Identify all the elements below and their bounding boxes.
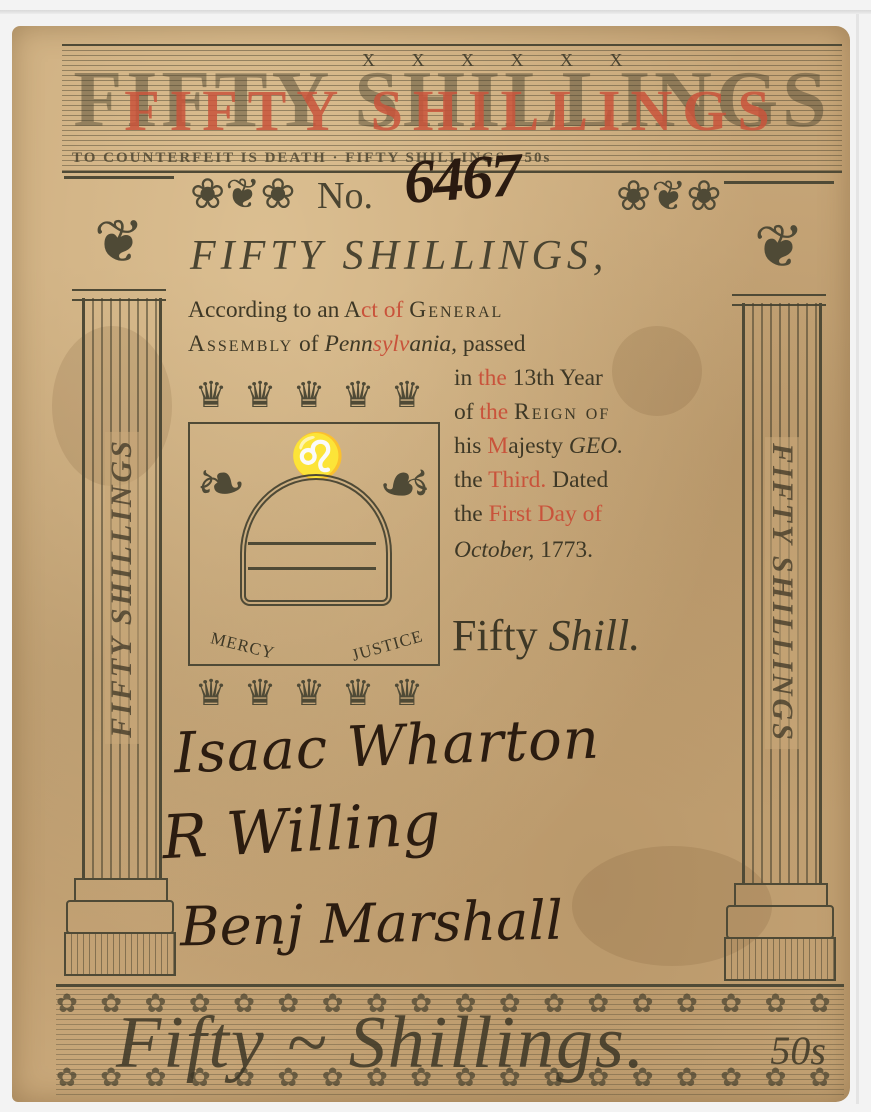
crown-icon: ♛ — [286, 674, 332, 712]
crown-icon: ♛ — [384, 674, 430, 712]
scroll-ornament-icon: ❀❦❀ — [616, 176, 722, 218]
serial-label: No. — [317, 174, 373, 218]
acanthus-leaf-icon: ❦ — [74, 197, 164, 287]
bottom-script-text: Fifty ~ Shillings. — [116, 1001, 646, 1086]
corinthian-capital: ❦ — [724, 181, 834, 304]
right-column: ❦ FIFTY SHILLINGS — [724, 181, 834, 981]
fifty-shillings-closing: Fifty Shill. — [452, 610, 640, 661]
serial-number: 6467 — [402, 140, 523, 219]
banner-red-overprint: FIFTY SHILLINGS — [62, 82, 842, 140]
column-text: FIFTY SHILLINGS — [105, 432, 139, 744]
crown-icon: ♛ — [237, 376, 283, 414]
crown-icon: ♛ — [237, 674, 283, 712]
shield-band — [248, 542, 376, 570]
crown-icon: ♛ — [188, 674, 234, 712]
crown-row-bottom: ♛ ♛ ♛ ♛ ♛ — [188, 674, 430, 712]
left-column: ❦ FIFTY SHILLINGS — [64, 176, 174, 976]
act-text-line-1: According to an Act of General — [188, 294, 503, 328]
signature-2: R Willing — [160, 789, 442, 873]
column-base — [64, 878, 174, 976]
column-shaft: FIFTY SHILLINGS — [742, 303, 822, 883]
act-text-line-6: the Third. Dated — [454, 464, 608, 498]
acanthus-leaf-icon: ❦ — [734, 202, 824, 292]
denomination-title: FIFTY SHILLINGS, — [190, 232, 608, 280]
currency-note: X X X X X X FIFTY SHILLINGS FIFTY SHILLI… — [12, 26, 850, 1102]
crown-icon: ♛ — [188, 376, 234, 414]
shield-icon — [240, 474, 392, 606]
act-text-line-2: Assembly of Pennsylvania, passed — [188, 328, 526, 362]
signature-3: Benj Marshall — [179, 889, 563, 959]
act-text-line-4: of the Reign of — [454, 396, 610, 430]
act-text-line-8: October, 1773. — [454, 534, 593, 568]
column-shaft: FIFTY SHILLINGS — [82, 298, 162, 878]
motto-right: JUSTICE — [350, 626, 426, 665]
bottom-value: 50s — [770, 1027, 826, 1074]
holder-sleeve-edge — [0, 10, 871, 14]
holder-sleeve-side — [856, 14, 859, 1104]
crown-row-top: ♛ ♛ ♛ ♛ ♛ — [188, 376, 430, 414]
crown-icon: ♛ — [335, 674, 381, 712]
signature-1: Isaac Wharton — [173, 707, 601, 787]
motto-left: MERCY — [209, 628, 277, 663]
corinthian-capital: ❦ — [64, 176, 174, 299]
act-text-line-3: in the 13th Year — [454, 362, 603, 396]
column-base — [724, 883, 834, 981]
vine-ornament-icon: ☙ — [378, 454, 432, 514]
vine-ornament-icon: ❧ — [196, 454, 246, 514]
crown-icon: ♛ — [335, 376, 381, 414]
paper-stain — [612, 326, 702, 416]
coat-of-arms: ❧ ☙ ♌ MERCY JUSTICE — [188, 422, 440, 666]
scroll-ornament-icon: ❀❦❀ — [190, 174, 296, 216]
crown-icon: ♛ — [384, 376, 430, 414]
crown-icon: ♛ — [286, 376, 332, 414]
act-text-line-7: the First Day of — [454, 498, 602, 532]
bottom-band: ✿ ✿ ✿ ✿ ✿ ✿ ✿ ✿ ✿ ✿ ✿ ✿ ✿ ✿ ✿ ✿ ✿ ✿ ✿ ✿ … — [56, 984, 844, 1095]
act-text-line-5: his Majesty GEO. — [454, 430, 623, 464]
column-text: FIFTY SHILLINGS — [765, 437, 799, 749]
